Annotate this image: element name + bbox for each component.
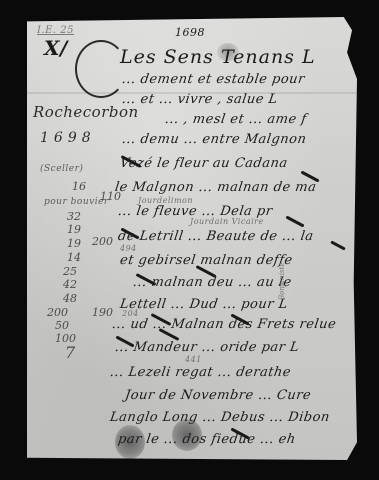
margin-number: 7	[65, 343, 75, 362]
side-number: 200	[92, 235, 113, 248]
manuscript-line: ... demu ... entre Malgnon	[121, 132, 307, 147]
manuscript-line: ... et ... vivre , salue L	[121, 92, 279, 107]
manuscript-line: le Malgnon ... malnan de ma	[114, 180, 317, 195]
interlinear-note: Jourdain Vicaire	[190, 217, 264, 226]
manuscript-line: ... ud ... Malnan des Frets relue	[111, 317, 337, 332]
margin-note: (Sceller)	[40, 164, 83, 174]
margin-number: 19	[67, 237, 81, 250]
interlinear-note: 441	[185, 355, 202, 364]
interlinear-note: 204	[122, 309, 139, 318]
header-year: 1698	[175, 26, 205, 39]
margin-number: 19	[67, 223, 81, 236]
manuscript-line: par le ... dos fiedue ... eh	[117, 432, 297, 447]
manuscript-line: Jour de Novembre ... Cure	[124, 388, 312, 403]
manuscript-line: ... Mandeur ... oride par L	[114, 340, 300, 355]
manuscript-line: ... dement et estable pour	[121, 72, 306, 87]
vertical-pencil-note: Bonjeniste	[278, 263, 286, 300]
interlinear-note: 494	[120, 244, 137, 253]
interlinear-note: Jourdelimon	[138, 196, 193, 205]
margin-number: 50	[55, 319, 69, 332]
margin-number: 200	[47, 306, 68, 319]
manuscript-line: ... , mesl et ... ame f	[164, 112, 308, 127]
document-title: Les Sens Tenans L	[120, 46, 316, 68]
margin-number: 14	[67, 251, 81, 264]
margin-number: 48	[63, 292, 77, 305]
margin-pencil-note: pour bouvier	[44, 197, 109, 207]
folio-mark: X/	[44, 36, 68, 60]
manuscript-line: ... Lezeli regat ... derathe	[109, 365, 292, 380]
archive-reference: I.E. 25	[37, 25, 74, 36]
margin-number: 32	[67, 210, 81, 223]
side-number: 190	[92, 306, 113, 319]
manuscript-line: Vezé le fleur au Cadana	[119, 156, 289, 171]
margin-number: 42	[63, 278, 77, 291]
manuscript-line: Langlo Long ... Debus ... Dibon	[109, 410, 331, 425]
manuscript-line: de Letrill ... Beaute de ... la	[117, 229, 315, 244]
manuscript-line: et gebirsel malnan deffe	[119, 253, 294, 268]
margin-number: 16	[72, 180, 86, 193]
margin-number: 25	[63, 265, 77, 278]
margin-year: 1698	[40, 130, 96, 146]
manuscript-line: Lettell ... Dud ... pour L	[119, 297, 289, 312]
